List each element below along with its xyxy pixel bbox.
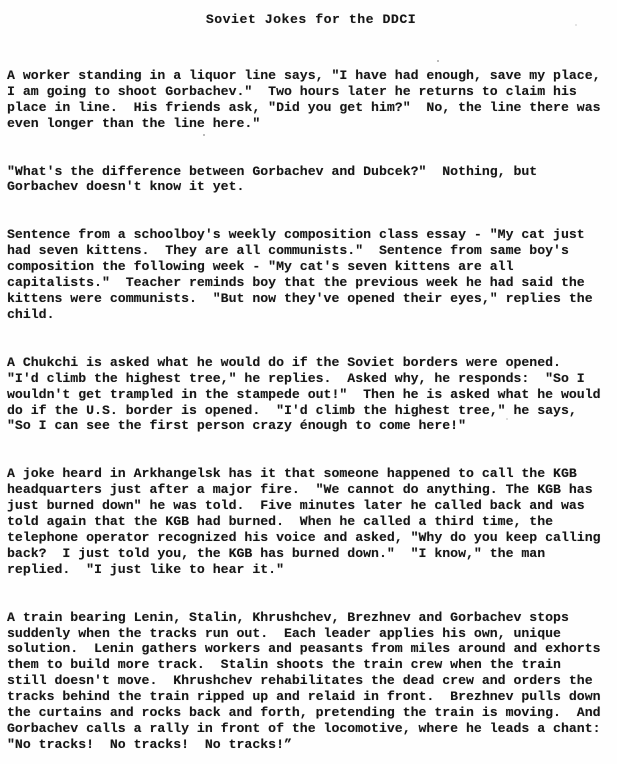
joke-paragraph-kgb-fire: A joke heard in Arkhangelsk has it that …	[7, 466, 615, 577]
scan-speck	[506, 418, 508, 420]
joke-paragraph-dubcek: "What's the difference between Gorbachev…	[7, 164, 615, 196]
joke-paragraph-train: A train bearing Lenin, Stalin, Khrushche…	[7, 610, 615, 753]
scanned-document-page: Soviet Jokes for the DDCI A worker stand…	[0, 0, 617, 764]
joke-paragraph-chukchi: A Chukchi is asked what he would do if t…	[7, 355, 615, 435]
scan-speck	[575, 24, 577, 26]
scan-speck	[203, 134, 205, 136]
scan-speck	[437, 60, 439, 62]
scan-speck	[404, 697, 406, 699]
joke-paragraph-liquor-line: A worker standing in a liquor line says,…	[7, 68, 615, 132]
joke-paragraph-kittens: Sentence from a schoolboy's weekly compo…	[7, 227, 615, 322]
document-title: Soviet Jokes for the DDCI	[7, 12, 615, 28]
